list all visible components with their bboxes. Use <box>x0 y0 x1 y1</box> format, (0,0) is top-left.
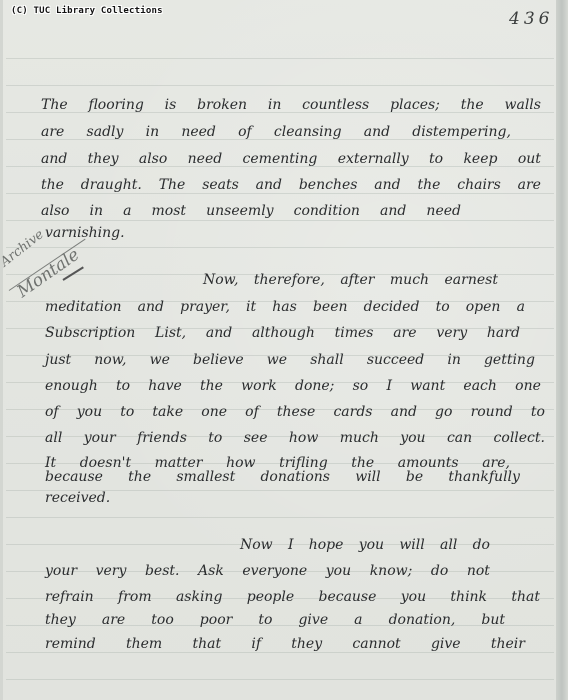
word: walls <box>504 97 540 113</box>
word: asking <box>176 589 222 605</box>
word: are <box>518 177 541 193</box>
word: remind <box>45 636 96 652</box>
page-edge-shadow <box>556 0 568 700</box>
word: from <box>118 589 152 605</box>
word: to <box>429 151 443 167</box>
word: very <box>436 325 467 341</box>
word: them <box>126 636 162 652</box>
handwritten-line: refrain from asking people because you t… <box>45 589 540 605</box>
word: your <box>45 563 77 579</box>
word: need <box>188 151 223 167</box>
word: is <box>165 97 177 113</box>
word: be <box>406 469 423 485</box>
word: the <box>200 378 223 394</box>
word: hope <box>309 537 344 553</box>
word: unseemly <box>206 203 273 219</box>
word: so <box>353 378 369 394</box>
word: enough <box>45 378 98 394</box>
word: prayer, <box>180 299 230 315</box>
word: will <box>399 537 424 553</box>
word: see <box>244 430 268 446</box>
copyright-watermark: (C) TUC Library Collections <box>11 6 163 16</box>
word: people <box>247 589 294 605</box>
word: friends <box>137 430 187 446</box>
word: also <box>139 151 167 167</box>
word: we <box>150 352 170 368</box>
word: one <box>201 404 227 420</box>
word: that <box>511 589 540 605</box>
word: open <box>466 299 501 315</box>
word: distempering, <box>412 124 511 140</box>
handwritten-line: Now, therefore, after much earnest <box>203 272 498 288</box>
handwritten-line: they are too poor to give a donation, bu… <box>45 612 505 628</box>
word: round <box>471 404 513 420</box>
word: just <box>45 352 71 368</box>
word: too <box>151 612 173 628</box>
word: give <box>431 636 461 652</box>
word: the <box>461 97 484 113</box>
ruled-line <box>6 679 554 680</box>
word: take <box>152 404 183 420</box>
ruled-line <box>6 652 554 653</box>
word: Now, <box>203 272 238 288</box>
word: cards <box>333 404 372 420</box>
word: a <box>354 612 362 628</box>
word: cannot <box>352 636 400 652</box>
word: a <box>123 203 131 219</box>
word: thankfully <box>448 469 520 485</box>
word: much <box>340 430 379 446</box>
word: need <box>181 124 216 140</box>
word: we <box>267 352 287 368</box>
word: the <box>128 469 151 485</box>
word: work <box>241 378 277 394</box>
word: believe <box>193 352 244 368</box>
word: in <box>90 203 104 219</box>
word: condition <box>294 203 360 219</box>
word: if <box>251 636 261 652</box>
word: they <box>291 636 322 652</box>
word: smallest <box>176 469 235 485</box>
word: in <box>146 124 160 140</box>
word: and <box>380 203 406 219</box>
word: now, <box>94 352 126 368</box>
word: cementing <box>243 151 318 167</box>
word: you <box>400 430 425 446</box>
word: varnishing. <box>45 225 125 241</box>
word: all <box>45 430 62 446</box>
word: will <box>355 469 380 485</box>
word: meditation <box>45 299 122 315</box>
word: hard <box>487 325 520 341</box>
word: poor <box>200 612 233 628</box>
word: to <box>208 430 222 446</box>
word: and <box>256 177 282 193</box>
word: Now <box>240 537 273 553</box>
word: out <box>518 151 541 167</box>
word: your <box>84 430 116 446</box>
word: after <box>340 272 374 288</box>
word: to <box>531 404 545 420</box>
word: I <box>386 378 392 394</box>
ruled-line <box>6 220 554 221</box>
word: chairs <box>457 177 501 193</box>
handwritten-line: enough to have the work done; so I want … <box>45 378 541 394</box>
word: sadly <box>87 124 124 140</box>
word: all <box>440 537 457 553</box>
word: that <box>192 636 221 652</box>
word: and <box>138 299 164 315</box>
word: to <box>436 299 450 315</box>
word: has <box>272 299 297 315</box>
word: they <box>88 151 119 167</box>
handwritten-line: also in a most unseemly condition and ne… <box>41 203 461 219</box>
word: decided <box>364 299 420 315</box>
word: you <box>77 404 102 420</box>
word: but <box>481 612 505 628</box>
word: most <box>152 203 187 219</box>
word: of <box>238 124 252 140</box>
word: flooring <box>88 97 143 113</box>
word: they <box>45 612 76 628</box>
word: how <box>289 430 318 446</box>
word: Ask <box>198 563 224 579</box>
word: these <box>277 404 315 420</box>
word: and <box>41 151 67 167</box>
handwritten-line: Subscription List, and although times ar… <box>45 325 520 341</box>
word: therefore, <box>254 272 325 288</box>
word: received. <box>45 490 110 506</box>
word: and <box>364 124 390 140</box>
word: because <box>45 469 103 485</box>
document-page: (C) TUC Library Collections 436 Archive … <box>0 0 556 700</box>
handwritten-line: received. <box>45 490 545 506</box>
handwritten-line: meditation and prayer, it has been decid… <box>45 299 525 315</box>
word: to <box>258 612 272 628</box>
word: donations <box>260 469 330 485</box>
word: times <box>335 325 374 341</box>
word: places; <box>390 97 440 113</box>
word: give <box>298 612 328 628</box>
word: best. <box>145 563 180 579</box>
handwritten-line: of you to take one of these cards and go… <box>45 404 545 420</box>
word: to <box>116 378 130 394</box>
word: one <box>515 378 541 394</box>
word: done; <box>295 378 334 394</box>
handwritten-line: are sadly in need of cleansing and diste… <box>41 124 511 140</box>
word: also <box>41 203 69 219</box>
word: Subscription <box>45 325 135 341</box>
word: to <box>120 404 134 420</box>
word: been <box>313 299 348 315</box>
ruled-line <box>6 85 554 86</box>
handwritten-line: and they also need cementing externally … <box>41 151 541 167</box>
word: their <box>491 636 525 652</box>
word: have <box>148 378 182 394</box>
word: draught. <box>81 177 142 193</box>
word: each <box>463 378 497 394</box>
word: and <box>206 325 232 341</box>
word: and <box>374 177 400 193</box>
word: the <box>417 177 440 193</box>
word: think <box>450 589 487 605</box>
word: are <box>102 612 125 628</box>
word: of <box>245 404 259 420</box>
ruled-line <box>6 247 554 248</box>
handwritten-line: all your friends to see how much you can… <box>45 430 545 446</box>
word: of <box>45 404 59 420</box>
word: seats <box>202 177 239 193</box>
word: you <box>359 537 384 553</box>
handwritten-line: remind them that if they cannot give the… <box>45 636 525 652</box>
word: cleansing <box>274 124 342 140</box>
ruled-line <box>6 517 554 518</box>
word: you <box>326 563 351 579</box>
word: donation, <box>389 612 456 628</box>
word: go <box>435 404 452 420</box>
word: can <box>447 430 472 446</box>
word: are <box>41 124 64 140</box>
word: getting <box>484 352 535 368</box>
word: very <box>96 563 127 579</box>
handwritten-line: because the smallest donations will be t… <box>45 469 520 485</box>
word: externally <box>338 151 409 167</box>
margin-annotation-line-1: Archive <box>0 227 47 270</box>
word: a <box>517 299 525 315</box>
word: the <box>41 177 64 193</box>
word: need <box>426 203 461 219</box>
word: broken <box>197 97 247 113</box>
word: List, <box>155 325 186 341</box>
word: it <box>246 299 256 315</box>
handwritten-line: just now, we believe we shall succeed in… <box>45 352 535 368</box>
word: and <box>391 404 417 420</box>
handwritten-line: The flooring is broken in countless plac… <box>41 97 541 113</box>
word: do <box>473 537 490 553</box>
word: keep <box>463 151 497 167</box>
word: in <box>447 352 461 368</box>
page-number: 436 <box>509 9 553 29</box>
word: much <box>390 272 429 288</box>
word: although <box>252 325 315 341</box>
word: want <box>410 378 445 394</box>
word: do <box>431 563 448 579</box>
word: succeed <box>367 352 424 368</box>
handwritten-line: Now I hope you will all do <box>240 537 490 553</box>
word: The <box>41 97 68 113</box>
word: The <box>159 177 186 193</box>
word: in <box>268 97 282 113</box>
handwritten-line: your very best. Ask everyone you know; d… <box>45 563 490 579</box>
word: collect. <box>494 430 545 446</box>
word: everyone <box>242 563 307 579</box>
word: countless <box>302 97 369 113</box>
handwritten-line: varnishing. <box>45 225 545 241</box>
ruled-line <box>6 58 554 59</box>
word: shall <box>310 352 344 368</box>
word: are <box>393 325 416 341</box>
handwritten-line: the draught. The seats and benches and t… <box>41 177 541 193</box>
word: benches <box>299 177 358 193</box>
word: know; <box>370 563 413 579</box>
word: because <box>318 589 376 605</box>
word: refrain <box>45 589 94 605</box>
word: you <box>401 589 426 605</box>
word: earnest <box>445 272 498 288</box>
ruled-line <box>6 193 554 194</box>
word: I <box>288 537 294 553</box>
word: not <box>467 563 490 579</box>
